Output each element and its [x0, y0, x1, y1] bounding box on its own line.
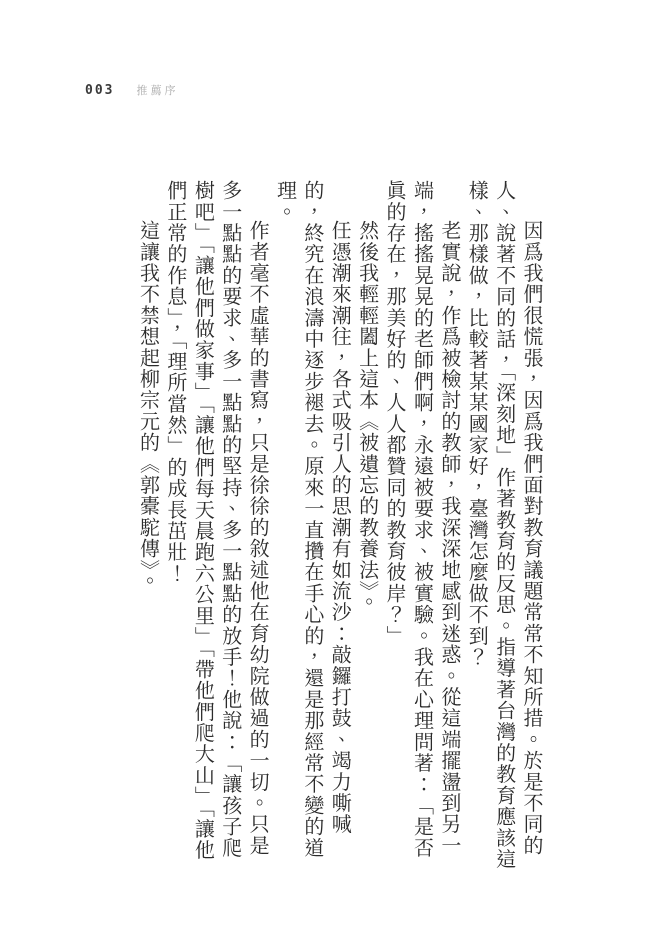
- paragraph: 因爲我們很慌張，因爲我們面對教育議題常常不知所措。於是不同的人、說著不同的話，「…: [463, 180, 545, 872]
- paragraph: 然後我輕輕闔上這本《被遺忘的教養法》。: [353, 180, 380, 872]
- vertical-text-block: 因爲我們很慌張，因爲我們面對教育議題常常不知所措。於是不同的人、說著不同的話，「…: [134, 180, 545, 872]
- book-page: 003 推薦序 因爲我們很慌張，因爲我們面對教育議題常常不知所措。於是不同的人、…: [0, 0, 663, 932]
- page-header: 003 推薦序: [85, 82, 178, 98]
- section-label: 推薦序: [136, 82, 178, 98]
- paragraph: 老實說，作爲被檢討的教師，我深深地感到迷惑。從這端擺盪到另一端，搖搖晃晃的老師們…: [381, 180, 463, 872]
- paragraph: 任憑潮來潮往，各式吸引人的思潮有如流沙：敲鑼打鼓、竭力嘶喊的，終究在浪濤中逐步褪…: [271, 180, 353, 872]
- paragraph: 這讓我不禁想起柳宗元的《郭橐駝傳》。: [134, 180, 161, 872]
- paragraph: 作者毫不虛華的書寫，只是徐徐的敘述他在育幼院做過的一切。只是多一點點的要求、多一…: [162, 180, 272, 872]
- page-number: 003: [85, 83, 114, 98]
